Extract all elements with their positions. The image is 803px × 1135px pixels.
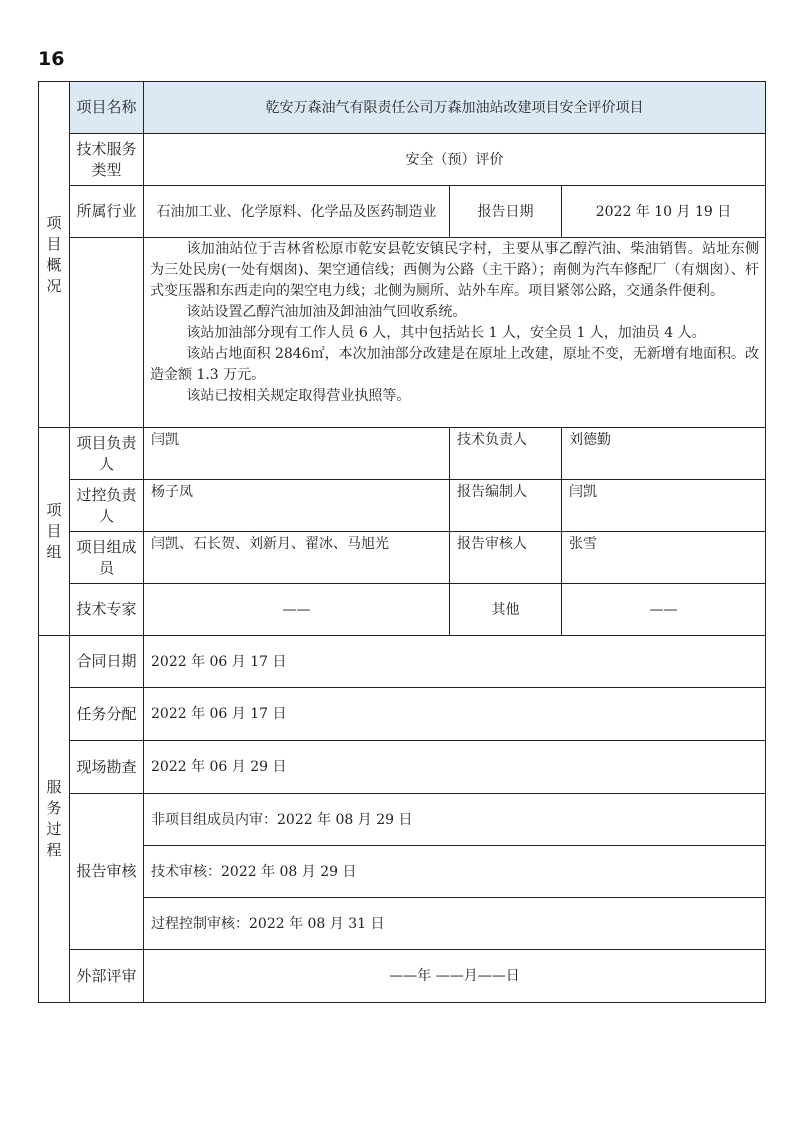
- task-assign-value: 2022 年 06 月 17 日: [144, 688, 766, 741]
- report-review-label: 报告审核: [70, 794, 144, 950]
- overview-paragraph: 该站加油部分现有工作人员 6 人，其中包括站长 1 人，安全员 1 人，加油员 …: [150, 323, 759, 344]
- site-survey-label: 现场勘查: [70, 741, 144, 794]
- project-info-table: 项目概况 项目名称 乾安万森油气有限责任公司万森加油站改建项目安全评价项目 技术…: [38, 81, 766, 1003]
- team-value: ——: [144, 584, 450, 636]
- team-value-2: 张雪: [562, 532, 766, 584]
- report-date-value: 2022 年 10 月 19 日: [562, 186, 766, 238]
- team-value-2: 闫凯: [562, 480, 766, 532]
- overview-empty-label: [70, 238, 144, 428]
- section-label-overview: 项目概况: [39, 82, 70, 428]
- team-value: 闫凯、石长贺、刘新月、翟冰、马旭光: [144, 532, 450, 584]
- team-value: 杨子凤: [144, 480, 450, 532]
- team-label-2: 技术负责人: [450, 428, 562, 480]
- report-review-item: 技术审核：2022 年 08 月 29 日: [144, 846, 766, 898]
- industry-value: 石油加工业、化学原料、化学品及医药制造业: [144, 186, 450, 238]
- team-value-2: 刘德勤: [562, 428, 766, 480]
- project-name-value: 乾安万森油气有限责任公司万森加油站改建项目安全评价项目: [144, 82, 766, 134]
- team-label: 项目组成员: [70, 532, 144, 584]
- overview-paragraph: 该加油站位于吉林省松原市乾安县乾安镇民字村，主要从事乙醇汽油、柴油销售。站址东侧…: [150, 239, 759, 302]
- team-label: 项目负责人: [70, 428, 144, 480]
- team-value: 闫凯: [144, 428, 450, 480]
- overview-paragraph: 该站设置乙醇汽油加油及卸油油气回收系统。: [150, 302, 759, 323]
- site-survey-value: 2022 年 06 月 29 日: [144, 741, 766, 794]
- industry-label: 所属行业: [70, 186, 144, 238]
- overview-description: 该加油站位于吉林省松原市乾安县乾安镇民字村，主要从事乙醇汽油、柴油销售。站址东侧…: [144, 238, 766, 428]
- report-date-label: 报告日期: [450, 186, 562, 238]
- contract-date-label: 合同日期: [70, 636, 144, 688]
- page-number: 16: [38, 48, 64, 70]
- section-label-service: 服务过程: [39, 636, 70, 1003]
- team-label: 技术专家: [70, 584, 144, 636]
- project-name-label: 项目名称: [70, 82, 144, 134]
- team-label-2: 报告编制人: [450, 480, 562, 532]
- external-review-value: ——年 ——月——日: [144, 950, 766, 1003]
- report-review-item: 非项目组成员内审：2022 年 08 月 29 日: [144, 794, 766, 846]
- team-value-2: ——: [562, 584, 766, 636]
- task-assign-label: 任务分配: [70, 688, 144, 741]
- section-label-team: 项目组: [39, 428, 70, 636]
- service-type-label: 技术服务类型: [70, 134, 144, 186]
- overview-paragraph: 该站已按相关规定取得营业执照等。: [150, 386, 759, 407]
- service-type-value: 安全（预）评价: [144, 134, 766, 186]
- report-review-item: 过程控制审核：2022 年 08 月 31 日: [144, 898, 766, 950]
- external-review-label: 外部评审: [70, 950, 144, 1003]
- team-label: 过控负责人: [70, 480, 144, 532]
- contract-date-value: 2022 年 06 月 17 日: [144, 636, 766, 688]
- team-label-2: 报告审核人: [450, 532, 562, 584]
- team-label-2: 其他: [450, 584, 562, 636]
- overview-paragraph: 该站占地面积 2846㎡，本次加油部分改建是在原址上改建，原址不变，无新增有地面…: [150, 344, 759, 386]
